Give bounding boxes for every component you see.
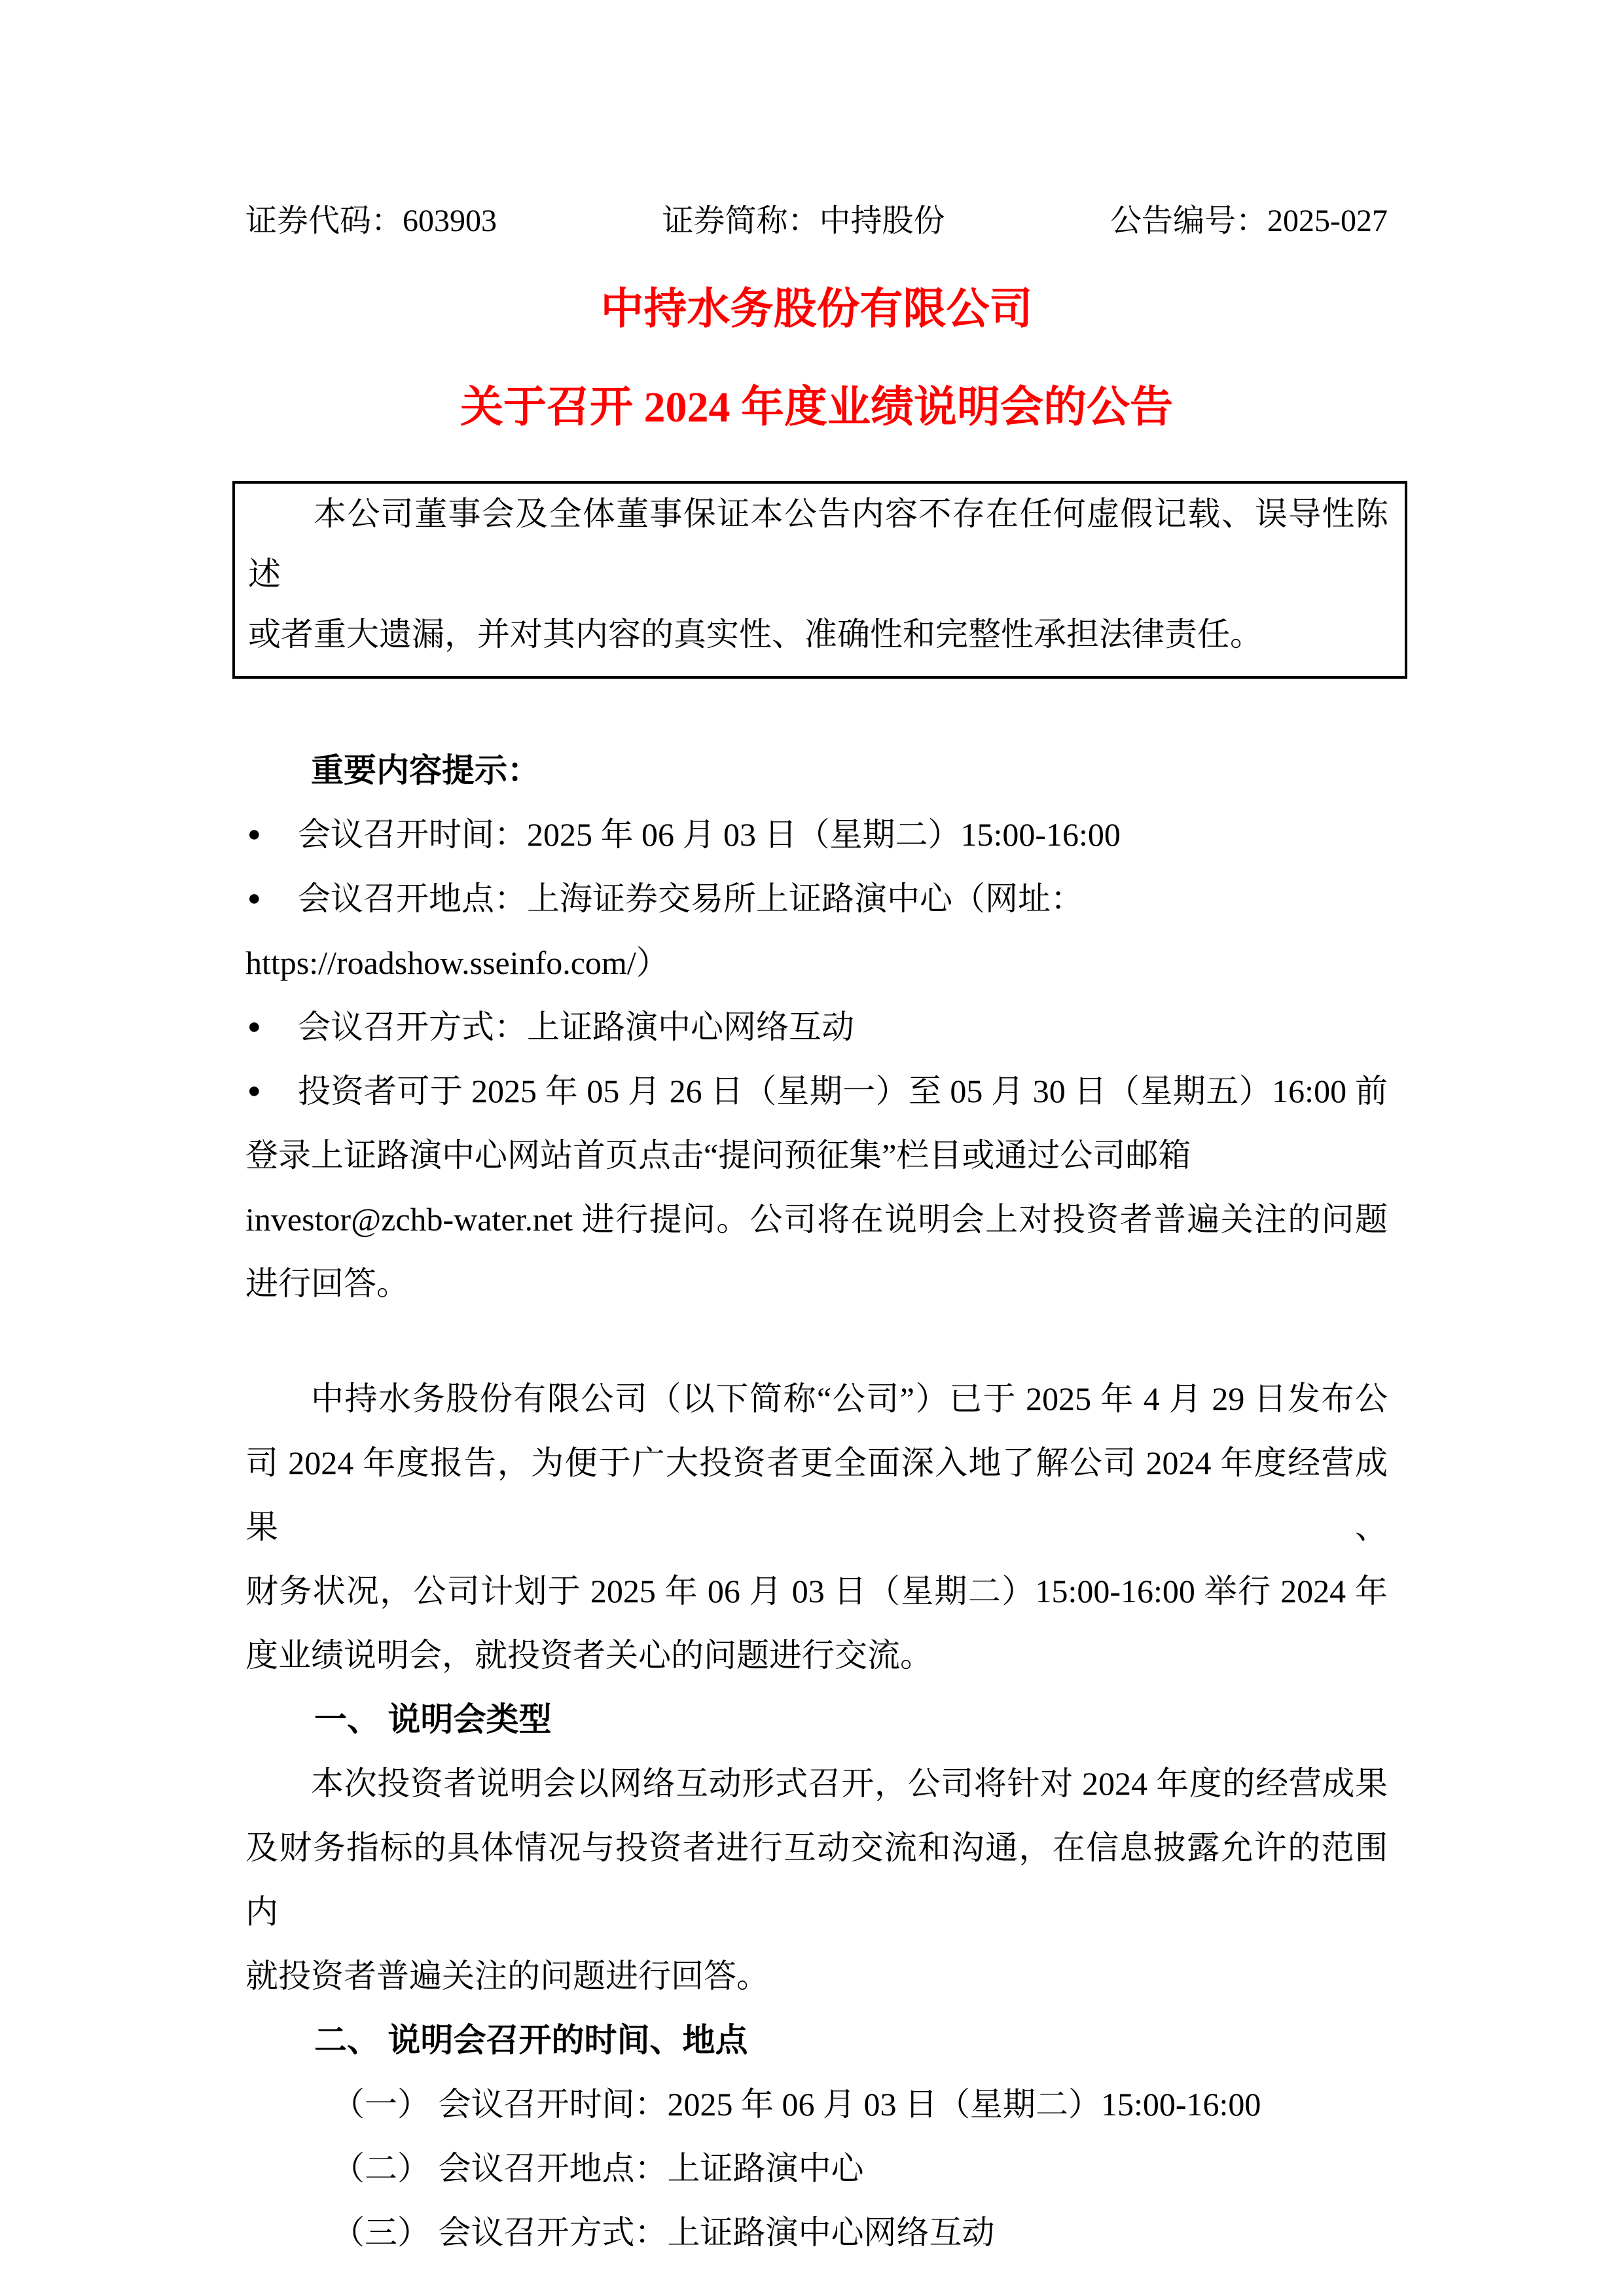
notice-item-text: 会议召开时间：2025 年 06 月 03 日（星期二）15:00-16:00 [298, 816, 1121, 853]
company-title: 中持水务股份有限公司 [245, 260, 1388, 359]
notice-item-meeting-place: ● 会议召开地点：上海证券交易所上证路演中心（网址： [245, 867, 1388, 931]
bullet-icon: ● [247, 1059, 261, 1123]
intro-line-3: 财务状况，公司计划于 2025 年 06 月 03 日（星期二）15:00-16… [245, 1559, 1388, 1623]
notice-item-text: 会议召开地点：上海证券交易所上证路演中心（网址： [298, 880, 1083, 917]
announcement-page: 证券代码：603903 证券简称：中持股份 公告编号：2025-027 中持水务… [0, 0, 1624, 2296]
bullet-icon: ● [247, 802, 261, 867]
notice-item-question-cont-2: investor@zchb-water.net 进行提问。公司将在说明会上对投资… [245, 1187, 1388, 1251]
page-content: 证券代码：603903 证券简称：中持股份 公告编号：2025-027 中持水务… [245, 0, 1388, 2265]
disclaimer-line-1: 本公司董事会及全体董事保证本公告内容不存在任何虚假记载、误导性陈述 [248, 484, 1388, 604]
intro-line-4: 度业绩说明会，就投资者关心的问题进行交流。 [245, 1623, 1388, 1687]
section1-heading: 一、 说明会类型 [245, 1687, 1388, 1751]
notice-item-meeting-mode: ● 会议召开方式：上证路演中心网络互动 [245, 995, 1388, 1059]
stock-code-text: 证券代码：603903 [245, 188, 497, 254]
doc-header: 证券代码：603903 证券简称：中持股份 公告编号：2025-027 [245, 188, 1388, 254]
section1-line-3: 就投资者普遍关注的问题进行回答。 [245, 1944, 1388, 2008]
section1-line-1: 本次投资者说明会以网络互动形式召开，公司将针对 2024 年度的经营成果 [245, 1751, 1388, 1816]
notice-item-question-period: ● 投资者可于 2025 年 05 月 26 日（星期一）至 05 月 30 日… [245, 1059, 1388, 1123]
section2-heading: 二、 说明会召开的时间、地点 [245, 2008, 1388, 2072]
announcement-no-text: 公告编号：2025-027 [1110, 188, 1388, 254]
stock-abbr-text: 证券简称：中持股份 [662, 188, 945, 254]
section1-line-2: 及财务指标的具体情况与投资者进行互动交流和沟通，在信息披露允许的范围内 [245, 1816, 1388, 1944]
notice-item-meeting-time: ● 会议召开时间：2025 年 06 月 03 日（星期二）15:00-16:0… [245, 802, 1388, 867]
intro-paragraph: 中持水务股份有限公司（以下简称“公司”）已于 2025 年 4 月 29 日发布… [245, 1367, 1388, 1687]
section-meeting-time-place: 二、 说明会召开的时间、地点 （一） 会议召开时间：2025 年 06 月 03… [245, 2008, 1388, 2265]
important-notice: 重要内容提示： ● 会议召开时间：2025 年 06 月 03 日（星期二）15… [245, 738, 1388, 1316]
disclaimer-box: 本公司董事会及全体董事保证本公告内容不存在任何虚假记载、误导性陈述 或者重大遗漏… [232, 481, 1407, 679]
announcement-subtitle: 关于召开 2024 年度业绩说明会的公告 [245, 359, 1388, 457]
notice-item-question-cont-3: 进行回答。 [245, 1251, 1388, 1316]
section2-item-time: （一） 会议召开时间：2025 年 06 月 03 日（星期二）15:00-16… [245, 2072, 1388, 2136]
disclaimer-line-2: 或者重大遗漏，并对其内容的真实性、准确性和完整性承担法律责任。 [248, 604, 1388, 664]
bullet-icon: ● [247, 995, 261, 1059]
intro-line-1: 中持水务股份有限公司（以下简称“公司”）已于 2025 年 4 月 29 日发布… [245, 1367, 1388, 1431]
notice-heading: 重要内容提示： [245, 738, 1388, 802]
notice-item-question-cont-1: 登录上证路演中心网站首页点击“提问预征集”栏目或通过公司邮箱 [245, 1123, 1388, 1187]
intro-line-2: 司 2024 年度报告，为便于广大投资者更全面深入地了解公司 2024 年度经营… [245, 1431, 1388, 1559]
bullet-icon: ● [247, 867, 261, 931]
section2-item-place: （二） 会议召开地点：上证路演中心 [245, 2136, 1388, 2200]
section-meeting-type: 一、 说明会类型 本次投资者说明会以网络互动形式召开，公司将针对 2024 年度… [245, 1687, 1388, 2008]
notice-item-text: 会议召开方式：上证路演中心网络互动 [298, 1009, 854, 1045]
section2-item-mode: （三） 会议召开方式：上证路演中心网络互动 [245, 2200, 1388, 2265]
notice-item-text: 投资者可于 2025 年 05 月 26 日（星期一）至 05 月 30 日（星… [298, 1073, 1388, 1109]
notice-item-place-url: https://roadshow.sseinfo.com/） [245, 931, 1388, 995]
